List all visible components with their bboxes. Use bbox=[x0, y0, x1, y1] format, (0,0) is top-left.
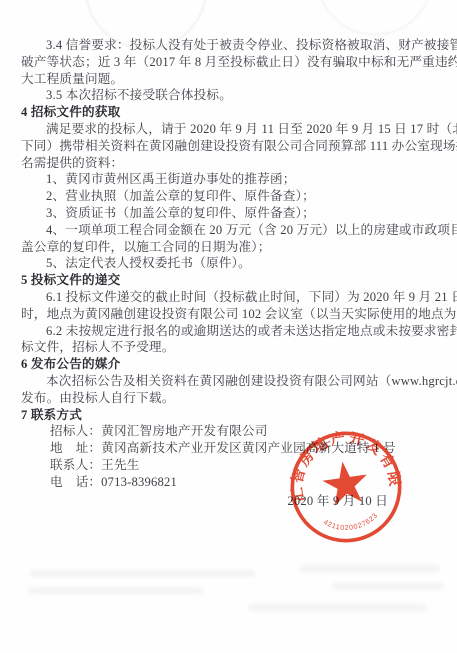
document-line: 3.4 信誉要求：投标人没有处于被责令停业、投标资格被取消、财产被接管冻结、 bbox=[21, 37, 442, 54]
document-line: 招标人：黄冈汇智房地产开发有限公司 bbox=[21, 423, 442, 440]
document-line: 发布。由投标人自行下载。 bbox=[21, 390, 442, 407]
seal-serial-number: 4211020027623 bbox=[321, 511, 381, 536]
document-line: 名需提供的资料： bbox=[21, 155, 442, 172]
document-line: 下同）携带相关资料在黄冈融创建设投资有限公司合同预算部 111 办公室现场报名。… bbox=[21, 138, 442, 155]
document-line: 4、一项单项工程合同金额在 20 万元（含 20 万元）以上的房建或市政项目业绩… bbox=[21, 222, 442, 239]
document-line: 6.2 未按规定进行报名的或逾期送达的或者未送达指定地点或未按要求密封的投 bbox=[21, 323, 442, 340]
document-line: 本次招标公告及相关资料在黄冈融创建设投资有限公司网站（www.hgrcjt.co… bbox=[21, 373, 442, 390]
document-line: 6 发布公告的媒介 bbox=[21, 356, 442, 373]
document-line: 盖公章的复印件，以施工合同的日期为准）； bbox=[21, 239, 442, 256]
bleedthrough-smudge bbox=[28, 587, 203, 594]
bleedthrough-smudge bbox=[30, 570, 255, 577]
document-line: 4 招标文件的获取 bbox=[21, 104, 442, 121]
document-line: 破产等状态；近 3 年（2017 年 8 月至投标截止日）没有骗取中标和无严重违… bbox=[21, 54, 442, 71]
document-line: 3.5 本次招标不接受联合体投标。 bbox=[21, 87, 442, 104]
document-line: 满足要求的投标人，请于 2020 年 9 月 11 日至 2020 年 9 月 … bbox=[21, 121, 442, 138]
document-lines: 3.4 信誉要求：投标人没有处于被责令停业、投标资格被取消、财产被接管冻结、破产… bbox=[21, 37, 442, 491]
document-line: 6.1 投标文件递交的截止时间（投标截止时间，下同）为 2020 年 9 月 2… bbox=[21, 289, 442, 306]
document-line: 大工程质量问题。 bbox=[21, 71, 442, 88]
scanned-page: 3.4 信誉要求：投标人没有处于被责令停业、投标资格被取消、财产被接管冻结、破产… bbox=[0, 0, 457, 653]
document-line: 5、法定代表人授权委托书（原件）。 bbox=[21, 255, 442, 272]
document-body: 3.4 信誉要求：投标人没有处于被责令停业、投标资格被取消、财产被接管冻结、破产… bbox=[0, 0, 457, 509]
document-date: 2020 年 9 月 10 日 bbox=[21, 493, 442, 510]
document-line: 7 联系方式 bbox=[21, 407, 442, 424]
bleedthrough-smudge bbox=[300, 565, 440, 572]
document-line: 标文件，招标人不予受理。 bbox=[21, 339, 442, 356]
document-line: 1、黄冈市黄州区禹王街道办事处的推荐函； bbox=[21, 171, 442, 188]
document-line: 2、营业执照（加盖公章的复印件、原件备查）； bbox=[21, 188, 442, 205]
document-line: 地 址：黄冈高新技术产业开发区黄冈产业园高新大道特 1 号 bbox=[21, 440, 442, 457]
document-line: 3、资质证书（加盖公章的复印件、原件备查）； bbox=[21, 205, 442, 222]
bleedthrough-smudge bbox=[333, 583, 443, 590]
document-line: 5 投标文件的递交 bbox=[21, 272, 442, 289]
document-line: 电 话：0713-8396821 bbox=[21, 474, 442, 491]
bleedthrough-smudge bbox=[248, 604, 426, 611]
svg-text:4211020027623: 4211020027623 bbox=[321, 511, 381, 536]
document-line: 联系人：王先生 bbox=[21, 457, 442, 474]
document-line: 时，地点为黄冈融创建设投资有限公司 102 会议室（以当天实际使用的地点为准）。 bbox=[21, 306, 442, 323]
